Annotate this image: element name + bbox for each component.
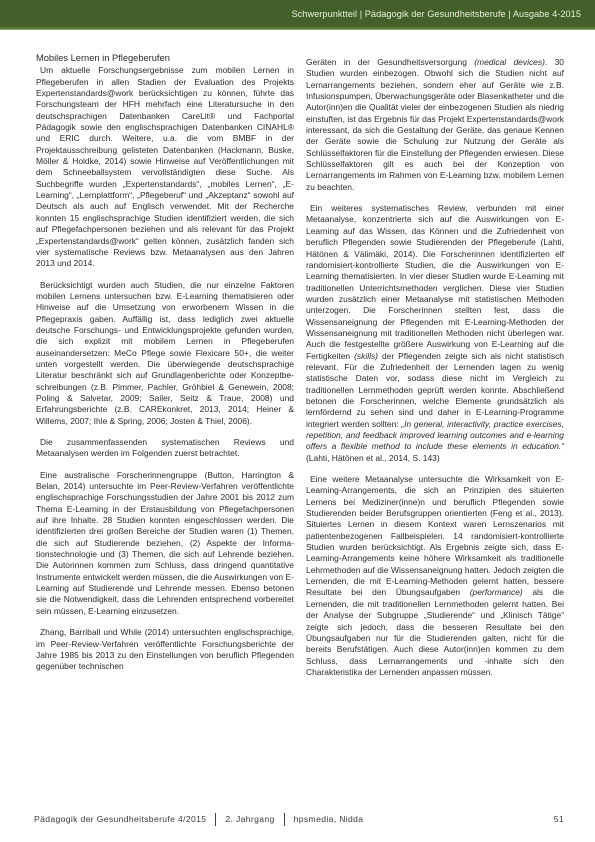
right-column: Geräten in der Gesundheitsversorgung (me… [306,57,564,688]
italic-term: (performance) [470,587,523,597]
text-run: Geräten in der Gesundheitsversorgung [306,57,474,67]
left-column: Mobiles Lernen in Pflegeberufen Um aktue… [36,53,294,683]
paragraph: Berücksichtigt wurden auch Studien, die … [36,280,294,427]
paragraph: Ein weiteres systematisches Review, verb… [306,203,564,464]
footer-journal: Pädagogik der Gesundheitsberufe 4/2015 [34,814,206,824]
italic-term: (medical devices) [474,57,545,67]
paragraph: Geräten in der Gesundheitsversorgung (me… [306,57,564,193]
text-run: Ein weiteres systematisches Review, verb… [306,203,564,360]
page-footer: Pädagogik der Gesundheitsberufe 4/2015 2… [34,811,564,827]
header-bar: Schwerpunktteil | Pädagogik der Gesundhe… [0,0,595,29]
running-head: Schwerpunktteil | Pädagogik der Gesundhe… [291,9,581,19]
footer-volume: 2. Jahrgang [225,814,274,824]
footer-divider [284,813,285,826]
paragraph: Zhang, Barriball und While (2014) unters… [36,627,294,672]
section-title: Mobiles Lernen in Pflegeberufen [36,53,294,64]
paragraph: Eine weitere Metaanalyse untersuchte die… [306,474,564,678]
italic-term: (skills) [354,351,378,361]
page-number: 51 [554,814,564,824]
footer-divider [215,813,216,826]
text-run: Eine weitere Metaanalyse untersuchte die… [306,474,564,597]
text-run: der Pflegenden zeigte sich als nicht sta… [306,351,564,429]
paragraph: Um aktuelle Forschungsergebnisse zum mob… [36,65,294,269]
paragraph: Die zusammenfassenden systematischen Rev… [36,437,294,460]
footer-publisher: hpsmedia, Nidda [294,814,364,824]
citation: (Lahti, Hätönen et al., 2014, S. 143) [306,453,440,463]
text-run: . 30 Studien wurden einbezogen. Obwohl s… [306,57,564,192]
paragraph: Eine australische Forscherinnengruppe (B… [36,470,294,617]
text-run: als die Lernenden, die mit traditionelle… [306,587,564,676]
